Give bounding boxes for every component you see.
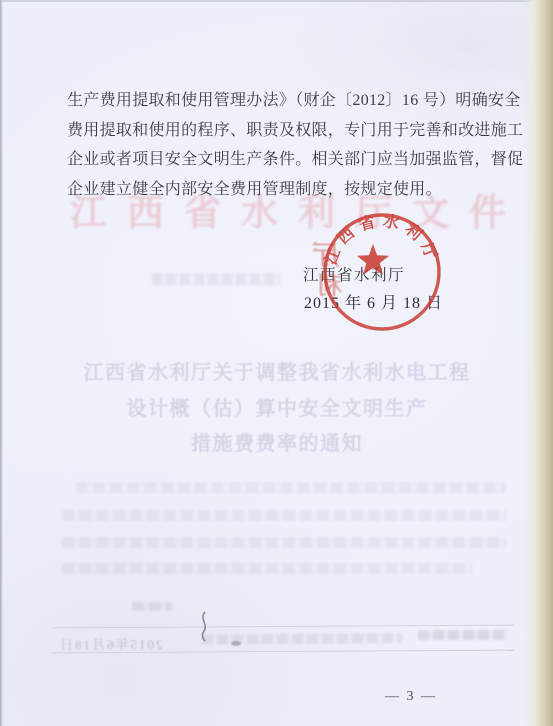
body-line: 费用提取和使用的程序、职责及权限，专门用于完善和改进施工 — [67, 116, 515, 146]
ghost-imprint-date-mirrored: 2015年6月18日 — [58, 634, 163, 654]
body-line: 生产费用提取和使用管理办法》（财企〔2012〕16 号）明确安全 — [67, 86, 515, 116]
ghost-title-line: 设计概（估）算中安全文明生产 — [37, 392, 517, 421]
ink-smudge — [231, 641, 241, 646]
scanned-document-page: 江西省水利厅文件 生产费用提取和使用管理办法》（财企〔2012〕16 号）明确安… — [0, 0, 553, 726]
ink-squiggle — [196, 610, 212, 644]
ghost-reference-number — [152, 273, 280, 285]
ghost-text-line — [76, 482, 506, 493]
scan-edge-right — [523, 0, 553, 726]
scan-edge-left — [0, 0, 3, 726]
ghost-text-line — [62, 537, 506, 548]
ghost-text-line — [418, 630, 508, 641]
ghost-text-line — [62, 563, 472, 574]
ghost-text-smudge — [132, 602, 172, 611]
footer-separator-line — [52, 625, 514, 629]
body-paragraph: 生产费用提取和使用管理办法》（财企〔2012〕16 号）明确安全 费用提取和使用… — [67, 86, 515, 204]
ghost-title-line: 措施费费率的通知 — [37, 427, 517, 456]
ghost-title-line: 江西省水利厅关于调整我省水利水电工程 — [37, 356, 517, 385]
star-icon — [357, 244, 389, 275]
official-seal: 江西省水利厅 — [315, 205, 449, 339]
scan-edge-top — [0, 0, 553, 2]
body-line: 企业建立健全内部安全费用管理制度，按规定使用。 — [67, 175, 515, 205]
body-line: 企业或者项目安全文明生产条件。相关部门应当加强监管，督促 — [67, 145, 515, 175]
ghost-text-line — [62, 510, 506, 521]
page-number: — 3 — — [385, 689, 437, 705]
ghost-imprint-footer: 2015年6月18日 — [52, 619, 514, 656]
